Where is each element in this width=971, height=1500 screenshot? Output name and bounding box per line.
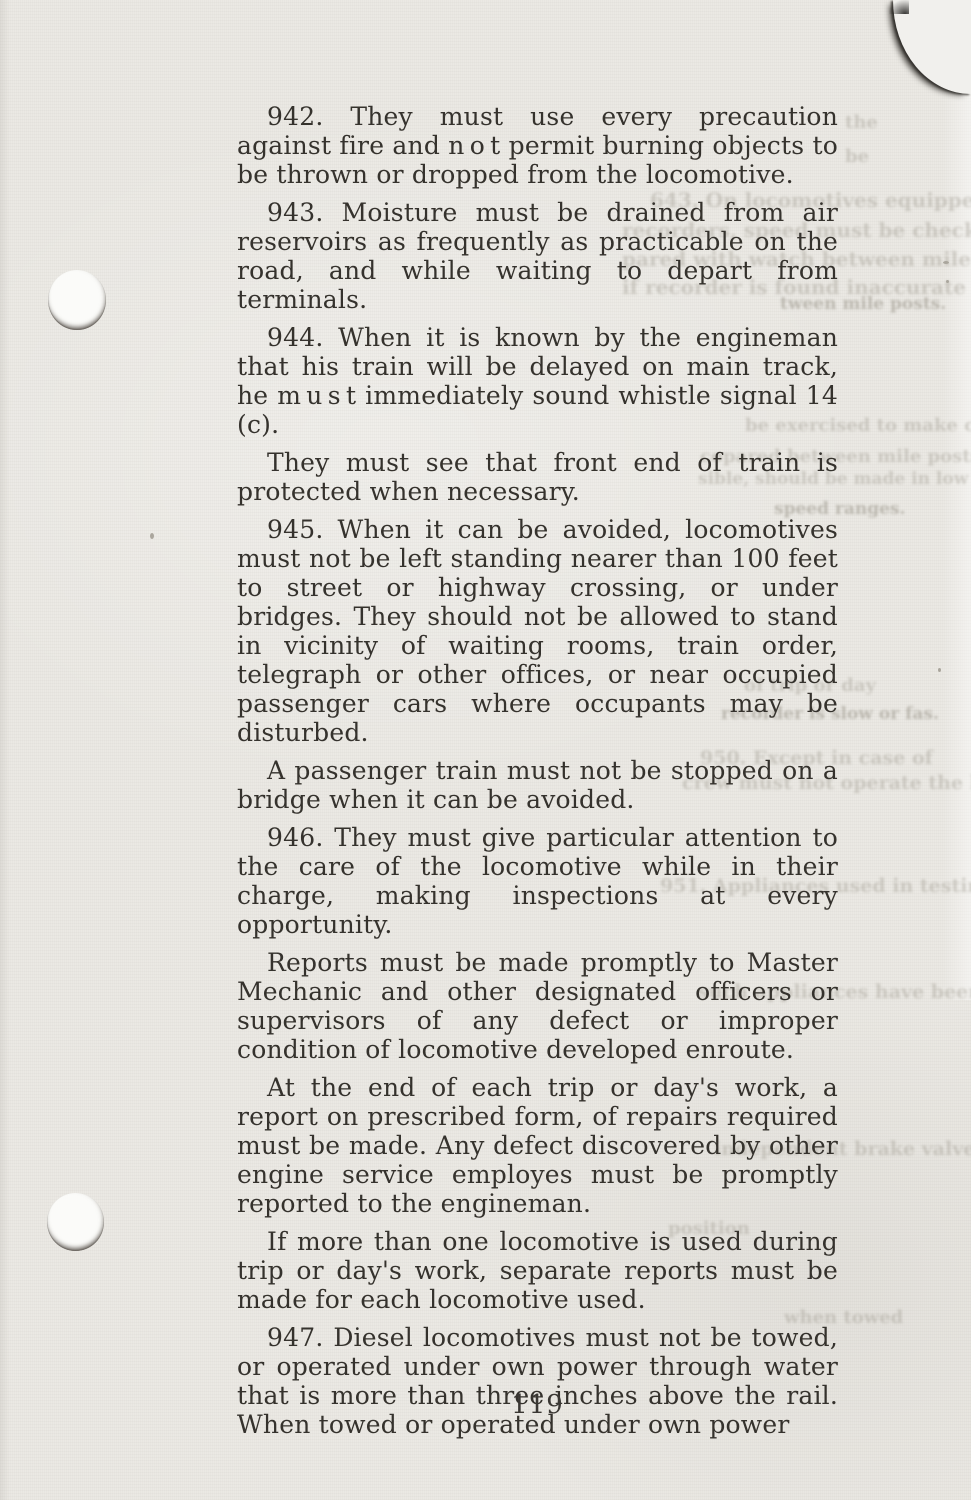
rule-944-paragraph: 944. When it is known by the engineman t… (237, 323, 838, 439)
page-number: 119 (237, 1390, 838, 1420)
punch-hole-bottom (47, 1193, 104, 1251)
paper-speck (938, 668, 941, 672)
bleedthrough-fragment: be (845, 146, 869, 167)
rules-text-block: 942. They must use every precaution agai… (237, 102, 838, 1448)
scanned-rulebook-page: the be 643. On locomotives equipped with… (0, 0, 971, 1500)
curled-corner-top-right (893, 0, 971, 94)
rule-943-paragraph: 943. Moisture must be drained from air r… (237, 198, 838, 314)
rule-945-continuation: A passenger train must not be stopped on… (237, 756, 838, 814)
rule-942-paragraph: 942. They must use every precaution agai… (237, 102, 838, 189)
bleedthrough-fragment: the (845, 112, 878, 133)
rule-945-paragraph: 945. When it can be avoided, locomotives… (237, 515, 838, 747)
rule-947-paragraph: 947. Diesel locomotives must not be towe… (237, 1323, 838, 1439)
rule-944-continuation: They must see that front end of train is… (237, 448, 838, 506)
rule-946-trip-report-paragraph: At the end of each trip or day's work, a… (237, 1073, 838, 1218)
rule-946-paragraph: 946. They must give particular attention… (237, 823, 838, 939)
paper-speck (150, 533, 154, 539)
corner-shadow (889, 0, 909, 14)
page-left-edge-shading (0, 0, 10, 1500)
rule-946-reports-paragraph: Reports must be made promptly to Master … (237, 948, 838, 1064)
paper-speck (946, 280, 949, 283)
page-right-edge-highlight (943, 0, 971, 1000)
paper-speck (943, 261, 949, 264)
rule-946-multiple-locomotives-paragraph: If more than one locomotive is used duri… (237, 1227, 838, 1314)
punch-hole-top (48, 270, 106, 330)
